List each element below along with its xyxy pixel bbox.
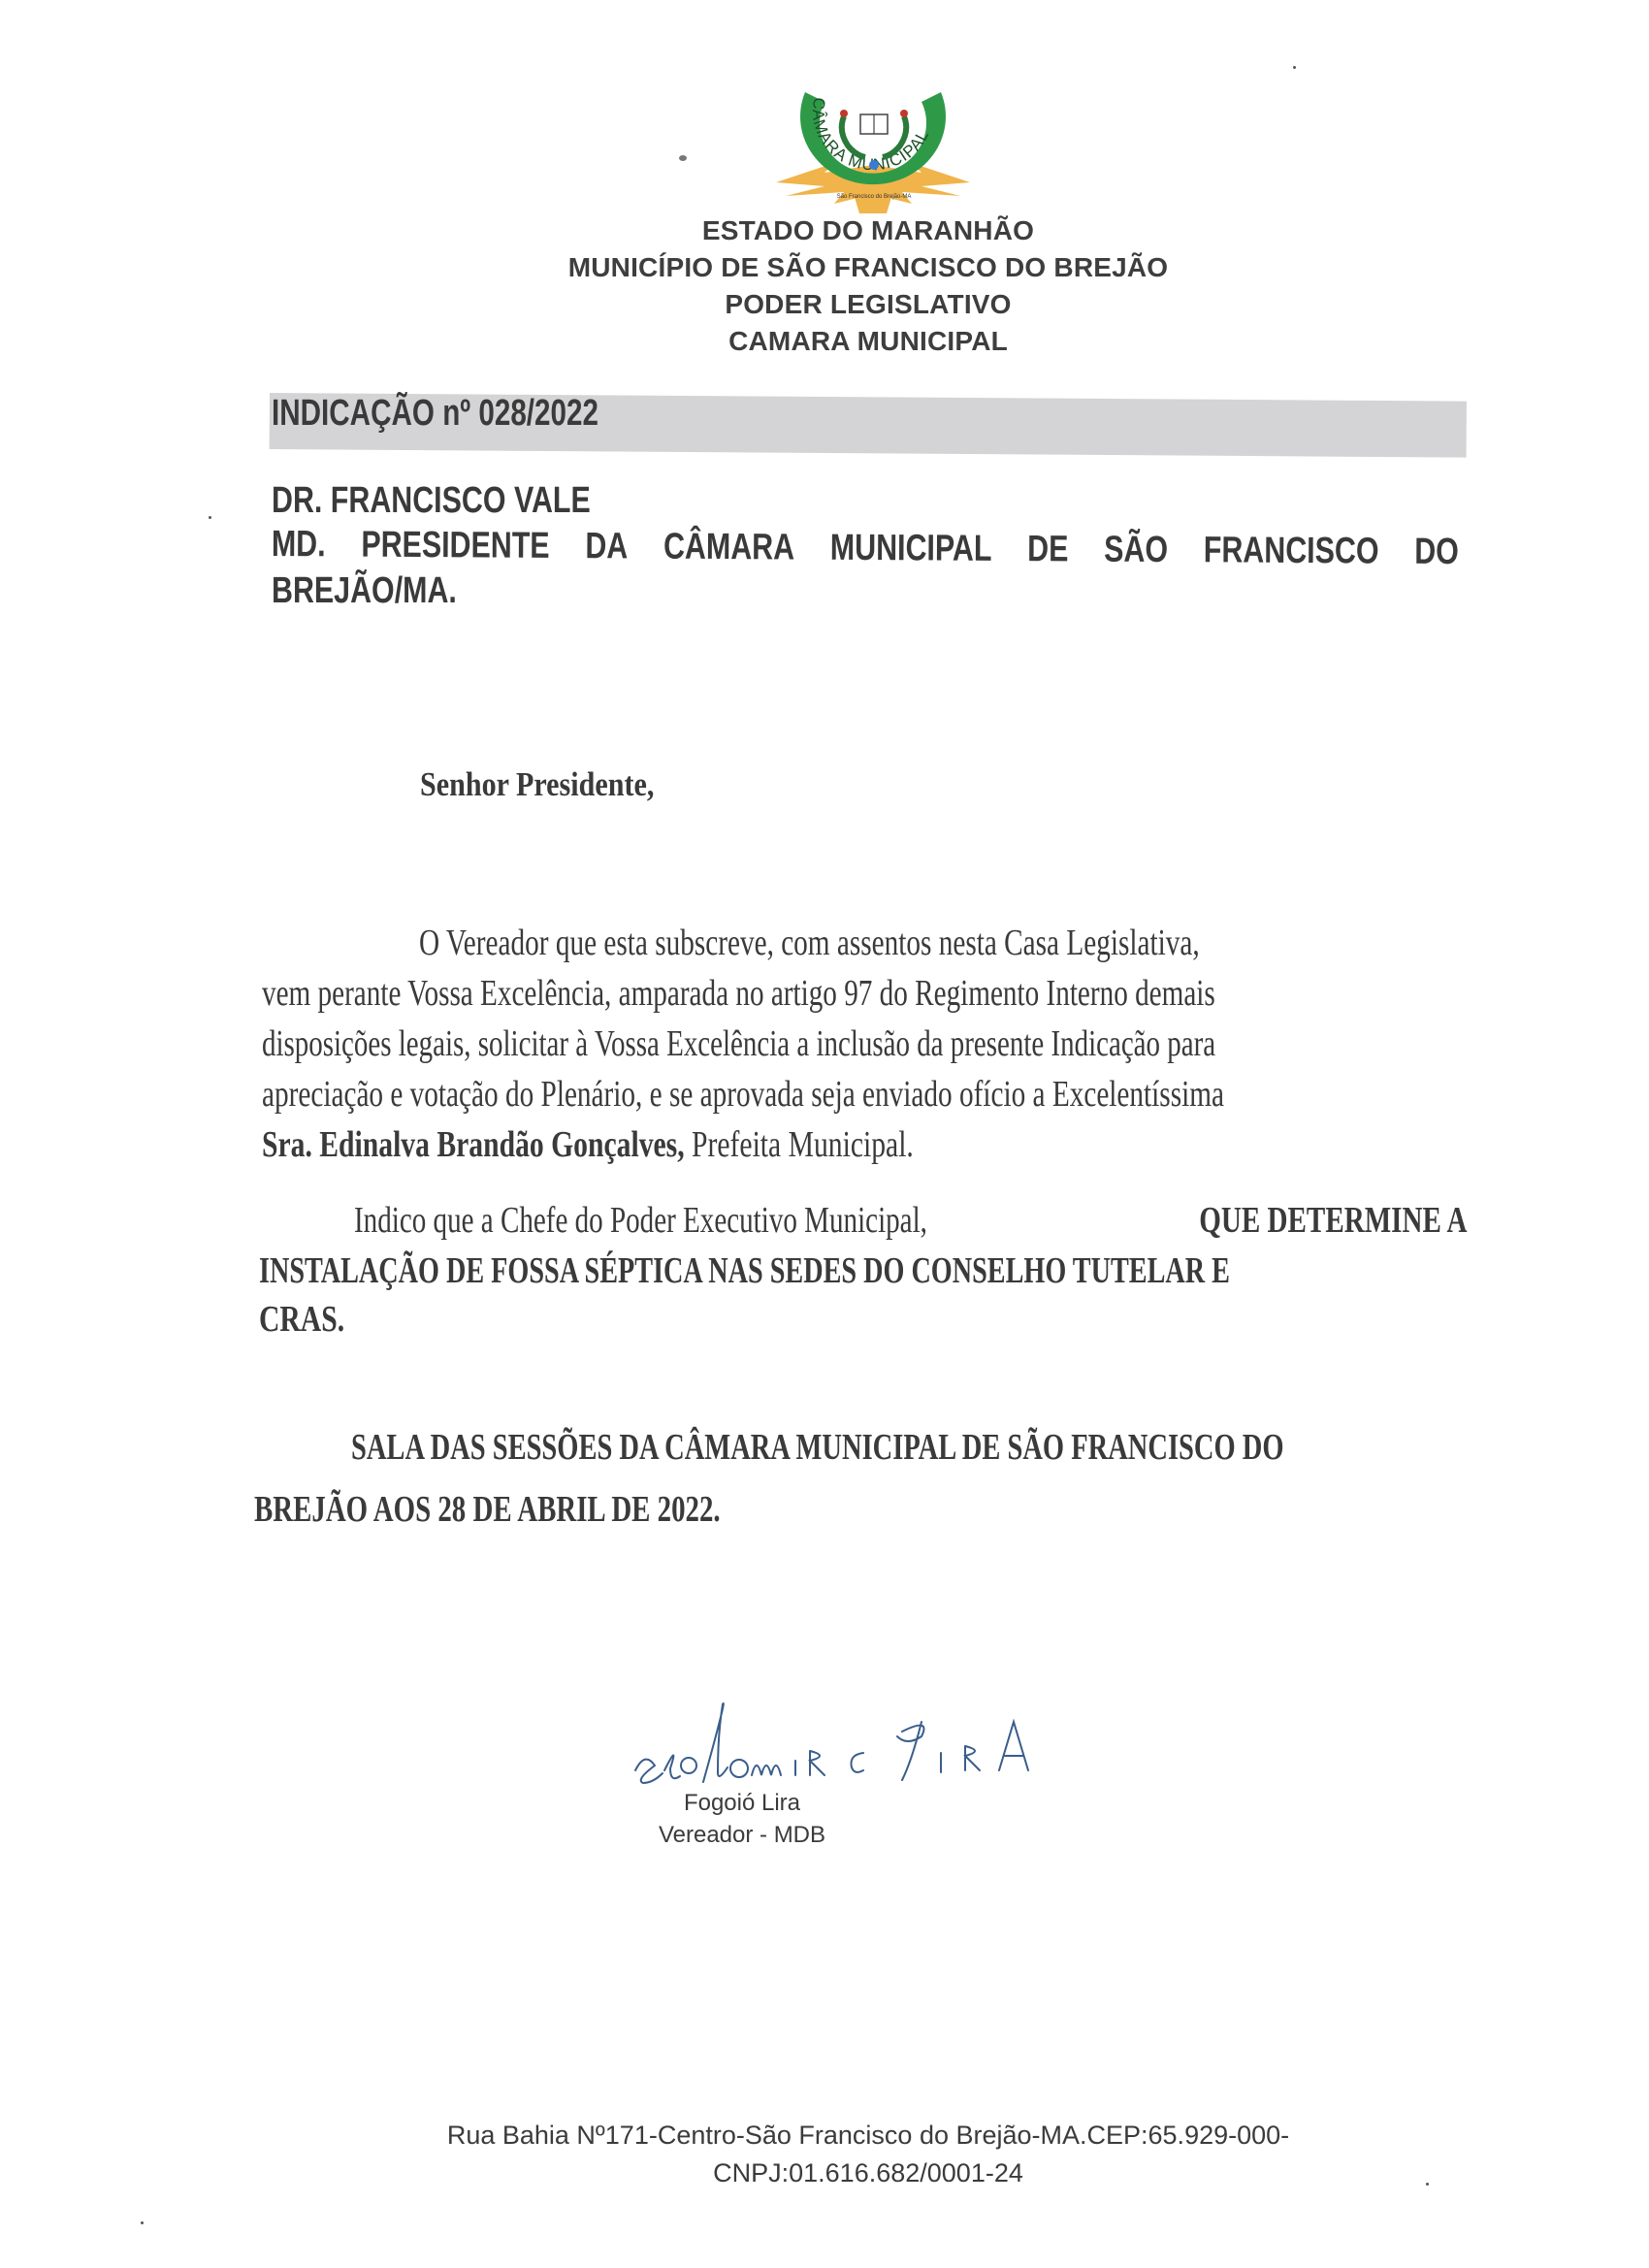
closing-line2: BREJÃO AOS 28 DE ABRIL DE 2022. bbox=[254, 1488, 721, 1531]
paragraph2-line1: Indico que a Chefe do Poder Executivo Mu… bbox=[354, 1199, 1468, 1242]
scan-speck bbox=[1293, 66, 1296, 69]
addressee-title: MD. PRESIDENTE DA CÂMARA MUNICIPAL DE SÃ… bbox=[272, 524, 1459, 573]
closing-date: BREJÃO AOS 28 DE ABRIL DE 2022. bbox=[254, 1489, 721, 1530]
header-state: ESTADO DO MARANHÃO bbox=[0, 215, 1649, 246]
scan-speck bbox=[679, 155, 687, 161]
camara-municipal-crest-icon: CÂMARA MUNICIPAL São Francisco do Brejão… bbox=[766, 68, 980, 213]
header-branch: PODER LEGISLATIVO bbox=[0, 289, 1649, 320]
signatory-name: Fogoió Lira bbox=[597, 1790, 888, 1817]
closing-text: SALA DAS SESSÕES DA CÂMARA MUNICIPAL DE … bbox=[351, 1427, 1284, 1468]
indication-subject: INSTALAÇÃO DE FOSSA SÉPTICA NAS SEDES DO… bbox=[259, 1250, 1230, 1291]
svg-text:São Francisco do Brejão-MA: São Francisco do Brejão-MA bbox=[837, 194, 912, 200]
paragraph2-line3: CRAS. bbox=[259, 1298, 344, 1341]
paragraph1-line2: vem perante Vossa Excelência, amparada n… bbox=[262, 972, 1215, 1015]
paragraph2-line2: INSTALAÇÃO DE FOSSA SÉPTICA NAS SEDES DO… bbox=[259, 1249, 1230, 1292]
paragraph1-line5: Sra. Edinalva Brandão Gonçalves, Prefeit… bbox=[262, 1123, 914, 1166]
footer-cnpj: CNPJ:01.616.682/0001-24 bbox=[0, 2158, 1649, 2188]
addressee-word: DE bbox=[1027, 529, 1068, 570]
indication-action: QUE DETERMINE A bbox=[1199, 1199, 1467, 1242]
addressee-name: DR. FRANCISCO VALE bbox=[272, 480, 591, 522]
scan-speck bbox=[1426, 2183, 1429, 2186]
addressee-word: CÂMARA bbox=[663, 527, 794, 569]
handwritten-signature bbox=[630, 1693, 1115, 1804]
addressee-word: SÃO bbox=[1104, 530, 1168, 571]
header-municipality: MUNICÍPIO DE SÃO FRANCISCO DO BREJÃO bbox=[0, 252, 1649, 283]
signatory-role: Vereador - MDB bbox=[597, 1822, 888, 1849]
addressee-word: MUNICIPAL bbox=[830, 528, 992, 570]
header-chamber: CAMARA MUNICIPAL bbox=[0, 326, 1649, 357]
addressee-word: FRANCISCO bbox=[1204, 530, 1379, 572]
scan-speck bbox=[209, 516, 211, 519]
addressee-word: PRESIDENTE bbox=[361, 525, 549, 567]
indication-intro: Indico que a Chefe do Poder Executivo Mu… bbox=[354, 1199, 927, 1242]
indication-subject-end: CRAS. bbox=[259, 1299, 344, 1340]
addressee-word: DA bbox=[585, 526, 628, 567]
mayor-name: Sra. Edinalva Brandão Gonçalves, bbox=[262, 1124, 685, 1165]
addressee-location: BREJÃO/MA. bbox=[272, 570, 457, 612]
greeting: Senhor Presidente, bbox=[420, 765, 654, 804]
closing-line1: SALA DAS SESSÕES DA CÂMARA MUNICIPAL DE … bbox=[351, 1426, 1284, 1469]
mayor-title: Prefeita Municipal. bbox=[685, 1124, 914, 1165]
document-title: INDICAÇÃO nº 028/2022 bbox=[272, 393, 598, 435]
addressee-word: DO bbox=[1414, 532, 1459, 573]
paragraph1-line4: apreciação e votação do Plenário, e se a… bbox=[262, 1073, 1224, 1116]
footer-address: Rua Bahia Nº171-Centro-São Francisco do … bbox=[0, 2121, 1649, 2151]
addressee-word: MD. bbox=[272, 524, 326, 566]
scan-speck bbox=[141, 2221, 144, 2224]
paragraph1-line1: O Vereador que esta subscreve, com assen… bbox=[419, 922, 1200, 964]
paragraph1-line3: disposições legais, solicitar à Vossa Ex… bbox=[262, 1022, 1215, 1065]
